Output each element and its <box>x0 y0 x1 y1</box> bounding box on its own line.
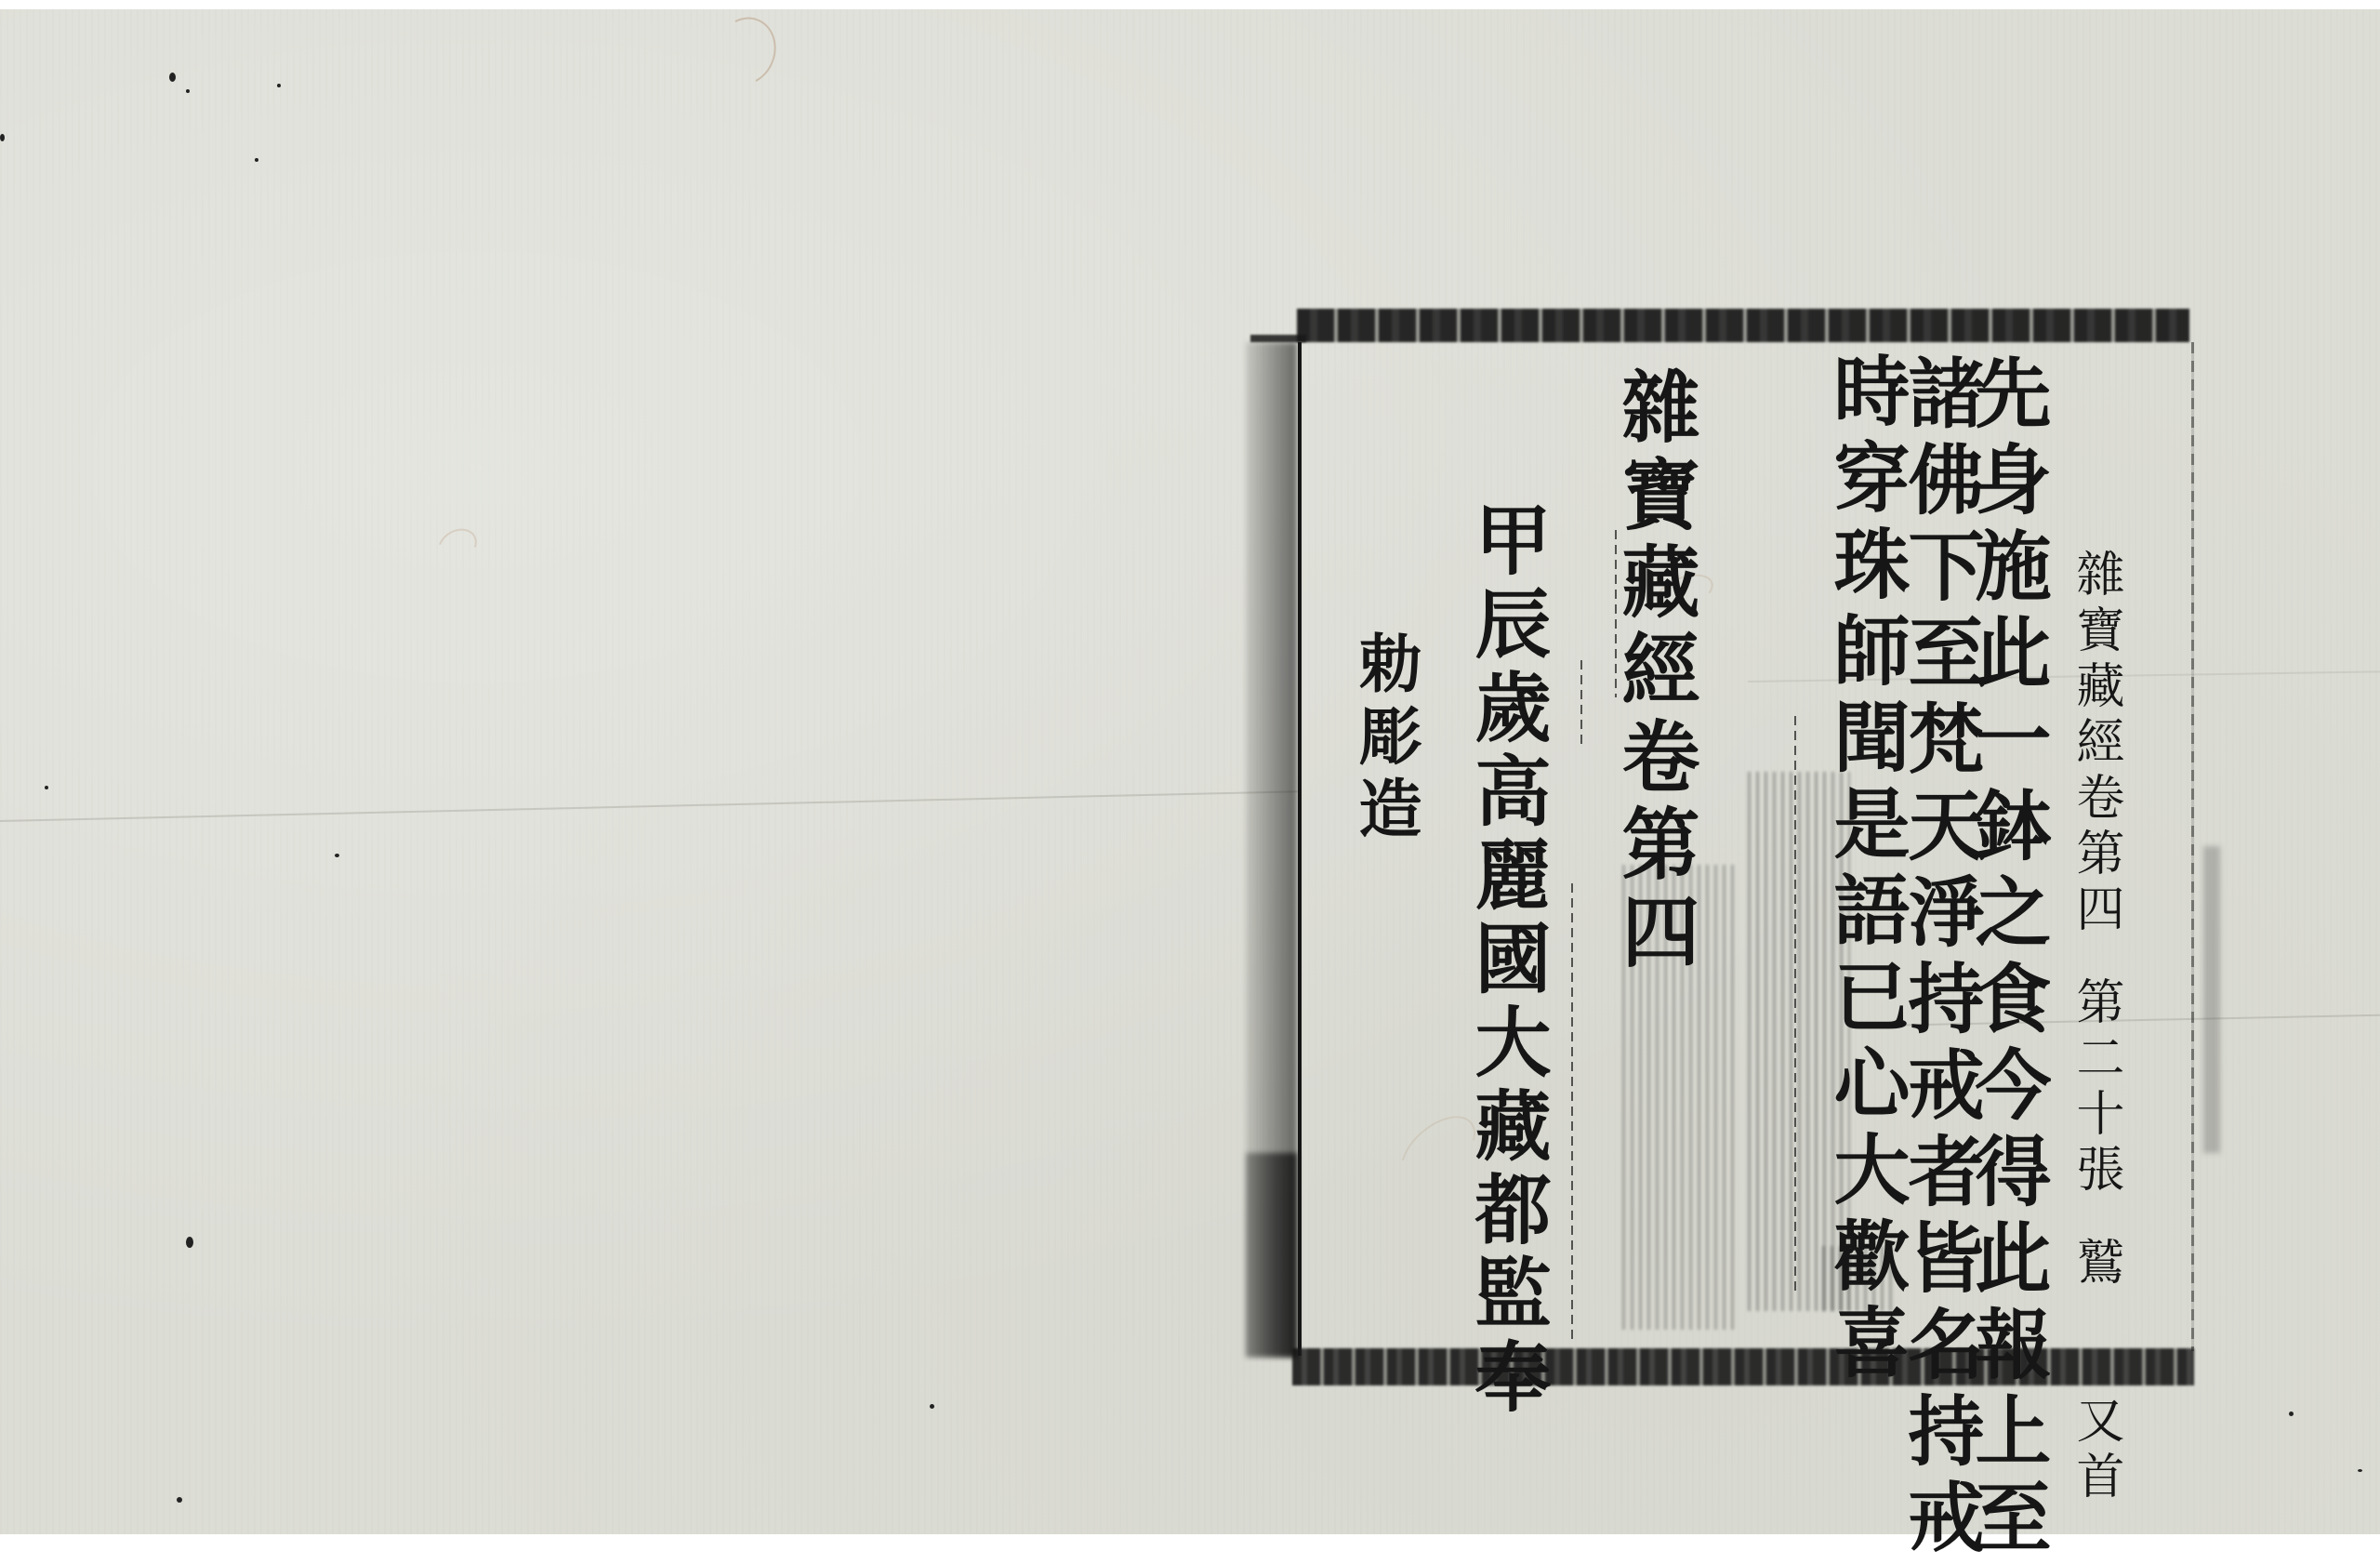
paper-sheet: 雜寶藏經卷第四第二十張鷲又首 先身施此一鉢之食今得此報上至 諸佛下至梵天淨持戒者… <box>0 9 2380 1534</box>
frame-right-border <box>2191 342 2194 1351</box>
ink-speck <box>186 89 190 93</box>
ink-speck <box>2289 1412 2294 1416</box>
ink-speck <box>2358 1469 2362 1472</box>
ink-speck <box>177 1497 182 1503</box>
paper-fiber <box>431 522 483 569</box>
closing-title: 雜寶藏經卷第四 <box>1616 366 1694 978</box>
ink-speck <box>0 134 5 141</box>
paper-fiber <box>706 8 785 93</box>
margin-label: 雜寶藏經卷第四第二十張鷲又首 <box>2071 549 2120 1506</box>
body-line-3: 時穿珠師聞是語已心大歡喜 <box>1828 351 1904 1389</box>
ink-speck <box>930 1404 934 1409</box>
margin-sutra-title: 雜寶藏經卷第四 <box>2068 549 2123 939</box>
paper-crease <box>0 790 1302 822</box>
frame-top-border <box>1297 309 2189 342</box>
frame-left-border <box>1298 342 1302 1356</box>
frame-right-smudge <box>2203 846 2220 1153</box>
frame-left-smudge-dark <box>1246 1153 1297 1358</box>
body-line-2: 諸佛下至梵天淨持戒者皆名持戒 <box>1902 353 1978 1547</box>
colophon-line-2: 勅彫造 <box>1354 630 1417 848</box>
ink-speck <box>45 786 48 789</box>
colophon-line-1: 甲辰歲高麗國大藏都監奉 <box>1469 500 1545 1421</box>
ink-speck <box>335 854 339 857</box>
ink-speck <box>255 158 258 162</box>
ink-speck <box>169 73 176 82</box>
margin-carver-name: 又首 <box>2068 1395 2123 1506</box>
margin-sheet-number: 第二十張 <box>2068 976 2123 1200</box>
frame-bottom-border <box>1292 1348 2194 1385</box>
column-rule <box>1571 883 1573 1339</box>
frame-top-corner <box>1250 335 1306 342</box>
column-rule <box>1580 660 1582 744</box>
margin-case-mark: 鷲 <box>2068 1237 2123 1292</box>
ink-speck <box>186 1237 193 1248</box>
ink-speck <box>277 84 281 87</box>
